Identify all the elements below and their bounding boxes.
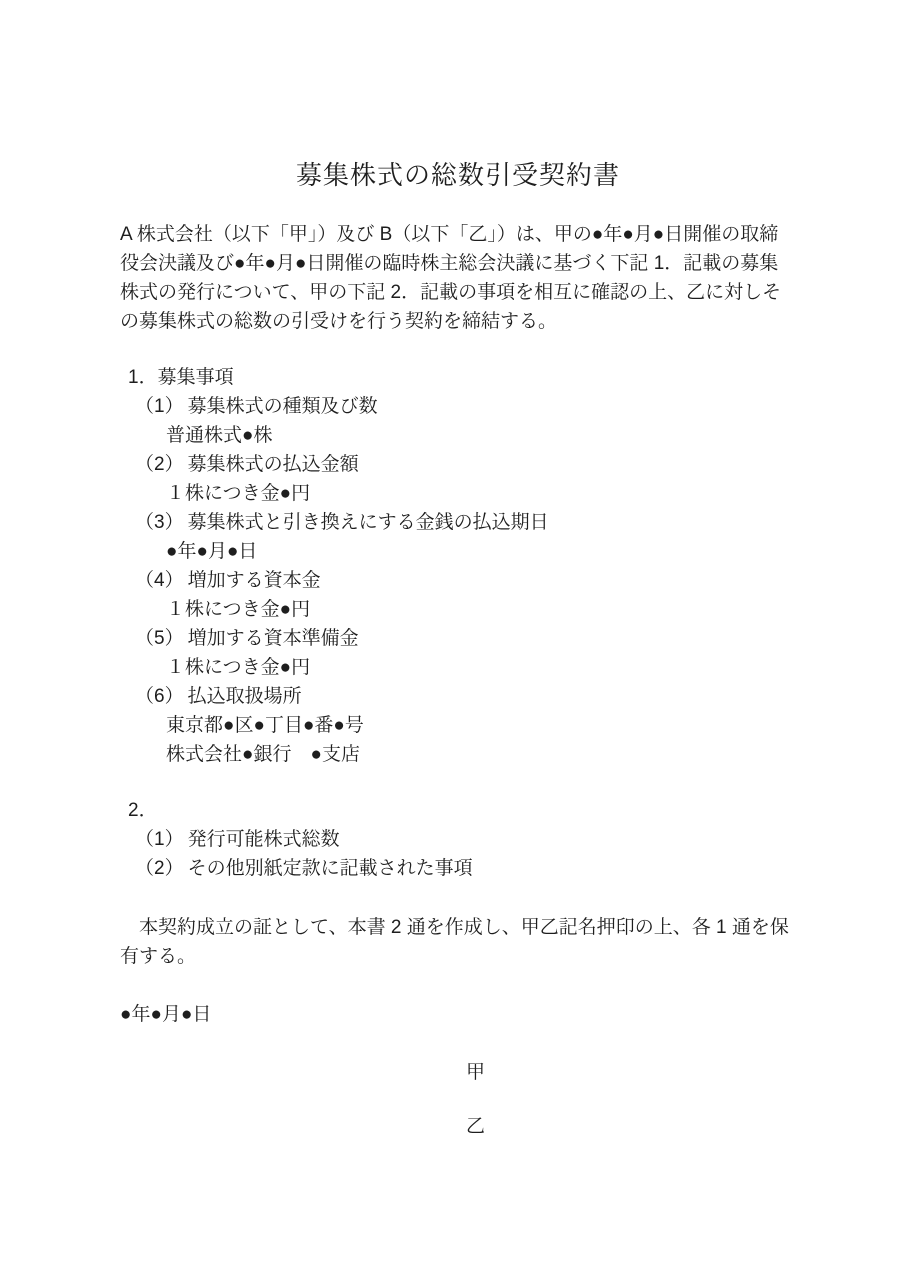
date-line: ●年●月●日 [120, 1000, 796, 1029]
section-offering-terms: 1．募集事項 （1）募集株式の種類及び数 普通株式●株 （2）募集株式の払込金額… [120, 363, 796, 769]
closing-paragraph: 本契約成立の証として、本書 2 通を作成し、甲乙記名押印の上、各 1 通を保有す… [120, 913, 796, 971]
item-value: ●年●月●日 [120, 537, 796, 566]
list-item: （2）募集株式の払込金額 １株につき金●円 [120, 450, 796, 508]
item-number: （6） [135, 686, 184, 707]
section-2-heading: 2． [120, 796, 796, 825]
item-number: （2） [135, 858, 184, 879]
list-item: （2）その他別紙定款に記載された事項 [120, 854, 796, 883]
item-text: その他別紙定款に記載された事項 [188, 858, 473, 879]
list-item: （1）発行可能株式総数 [120, 825, 796, 854]
list-item: （4）増加する資本金 １株につき金●円 [120, 566, 796, 624]
section-confirmed-matters: 2． （1）発行可能株式総数 （2）その他別紙定款に記載された事項 [120, 796, 796, 883]
list-item: （1）募集株式の種類及び数 普通株式●株 [120, 392, 796, 450]
item-number: （4） [135, 570, 184, 591]
document-title: 募集株式の総数引受契約書 [120, 158, 796, 192]
item-number: （1） [135, 829, 184, 850]
item-number: （1） [135, 396, 184, 417]
section-1-heading: 1．募集事項 [120, 363, 796, 392]
contract-document-page: 募集株式の総数引受契約書 A 株式会社（以下「甲」）及び B（以下「乙」）は、甲… [0, 0, 905, 1280]
item-value: 株式会社●銀行 ●支店 [120, 740, 796, 769]
item-text: 募集株式の種類及び数 [188, 396, 378, 417]
item-value: 東京都●区●丁目●番●号 [120, 711, 796, 740]
item-value: １株につき金●円 [120, 479, 796, 508]
item-value: 普通株式●株 [120, 421, 796, 450]
item-text: 払込取扱場所 [188, 686, 302, 707]
list-item: （6）払込取扱場所 東京都●区●丁目●番●号 株式会社●銀行 ●支店 [120, 682, 796, 769]
list-item: （3）募集株式と引き換えにする金銭の払込期日 ●年●月●日 [120, 508, 796, 566]
item-value: １株につき金●円 [120, 653, 796, 682]
item-number: （5） [135, 628, 184, 649]
item-text: 募集株式と引き換えにする金銭の払込期日 [188, 512, 549, 533]
list-item: （5）増加する資本準備金 １株につき金●円 [120, 624, 796, 682]
party-otsu-signature-line: 乙 [120, 1112, 796, 1141]
item-text: 募集株式の払込金額 [188, 454, 359, 475]
item-text: 増加する資本金 [188, 570, 321, 591]
intro-paragraph: A 株式会社（以下「甲」）及び B（以下「乙」）は、甲の●年●月●日開催の取締役… [120, 220, 796, 336]
item-number: （3） [135, 512, 184, 533]
item-number: （2） [135, 454, 184, 475]
item-text: 増加する資本準備金 [188, 628, 359, 649]
item-value: １株につき金●円 [120, 595, 796, 624]
item-text: 発行可能株式総数 [188, 829, 340, 850]
party-kou-signature-line: 甲 [120, 1058, 796, 1087]
